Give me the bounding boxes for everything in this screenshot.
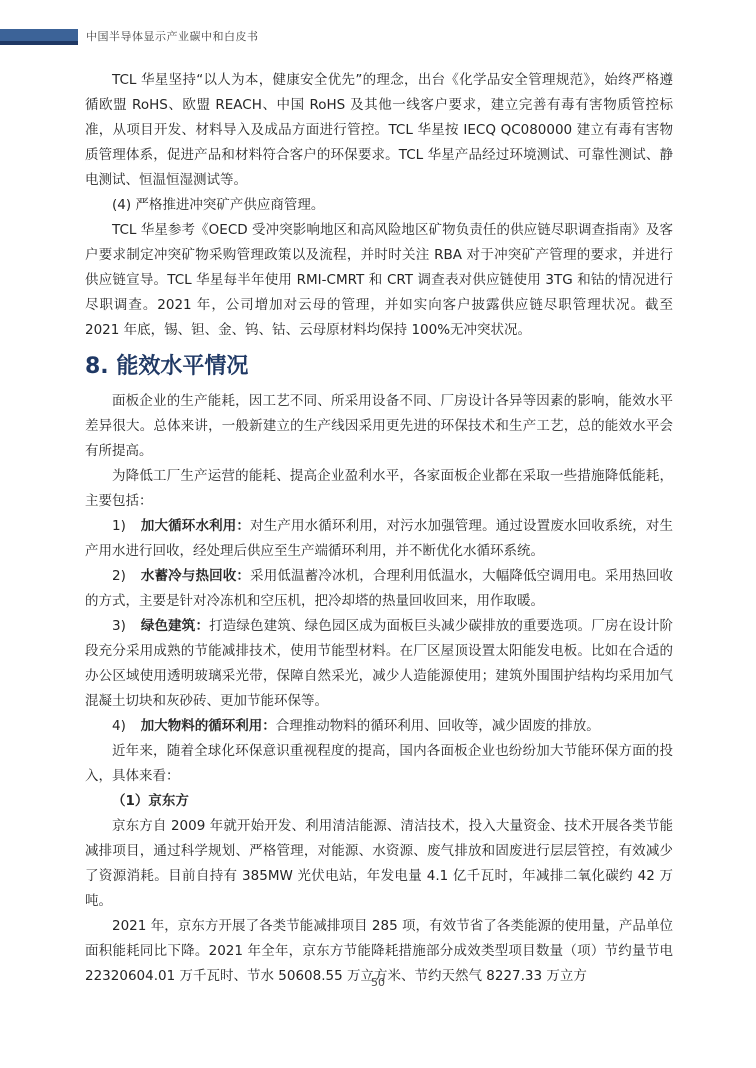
body-paragraph: TCL 华星坚持“以人为本，健康安全优先”的理念，出台《化学品安全管理规范》，始… bbox=[85, 68, 673, 193]
subsection-heading: （1）京东方 bbox=[85, 789, 673, 814]
list-item-text: 合理推动物料的循环利用、回收等，减少固废的排放。 bbox=[276, 718, 600, 734]
document-body: TCL 华星坚持“以人为本，健康安全优先”的理念，出台《化学品安全管理规范》，始… bbox=[85, 68, 673, 989]
body-paragraph: 近年来，随着全球化环保意识重视程度的提高，国内各面板企业也纷纷加大节能环保方面的… bbox=[85, 739, 673, 789]
list-item-number: 2) bbox=[112, 568, 126, 584]
body-paragraph: 面板企业的生产能耗，因工艺不同、所采用设备不同、厂房设计各异等因素的影响，能效水… bbox=[85, 389, 673, 464]
section-heading: 8. 能效水平情况 bbox=[85, 352, 673, 382]
list-item-number: 3) bbox=[112, 618, 126, 634]
list-item-number: 4) bbox=[112, 718, 126, 734]
running-header-title: 中国半导体显示产业碳中和白皮书 bbox=[86, 28, 259, 44]
list-item: 4)加大物料的循环利用：合理推动物料的循环利用、回收等，减少固废的排放。 bbox=[85, 714, 673, 739]
list-item-label: 水蓄冷与热回收： bbox=[141, 568, 250, 584]
body-paragraph: TCL 华星参考《OECD 受冲突影响地区和高风险地区矿物负责任的供应链尽职调查… bbox=[85, 218, 673, 343]
header-accent-bar bbox=[0, 29, 78, 45]
page-number: 50 bbox=[0, 976, 756, 989]
list-item-label: 加大循环水利用： bbox=[141, 518, 250, 534]
document-page: 中国半导体显示产业碳中和白皮书 TCL 华星坚持“以人为本，健康安全优先”的理念… bbox=[0, 0, 756, 1068]
list-item: 1)加大循环水利用：对生产用水循环利用，对污水加强管理。通过设置废水回收系统，对… bbox=[85, 514, 673, 564]
list-item-number: 1) bbox=[112, 518, 126, 534]
list-item-label: 绿色建筑： bbox=[141, 618, 209, 634]
body-paragraph: 为降低工厂生产运营的能耗、提高企业盈利水平，各家面板企业都在采取一些措施降低能耗… bbox=[85, 464, 673, 514]
body-paragraph: (4) 严格推进冲突矿产供应商管理。 bbox=[85, 193, 673, 218]
list-item-label: 加大物料的循环利用： bbox=[141, 718, 276, 734]
body-paragraph: 京东方自 2009 年就开始开发、利用清洁能源、清洁技术，投入大量资金、技术开展… bbox=[85, 814, 673, 914]
list-item: 2)水蓄冷与热回收：采用低温蓄冷冰机，合理利用低温水，大幅降低空调用电。采用热回… bbox=[85, 564, 673, 614]
list-item: 3)绿色建筑：打造绿色建筑、绿色园区成为面板巨头减少碳排放的重要选项。厂房在设计… bbox=[85, 614, 673, 714]
